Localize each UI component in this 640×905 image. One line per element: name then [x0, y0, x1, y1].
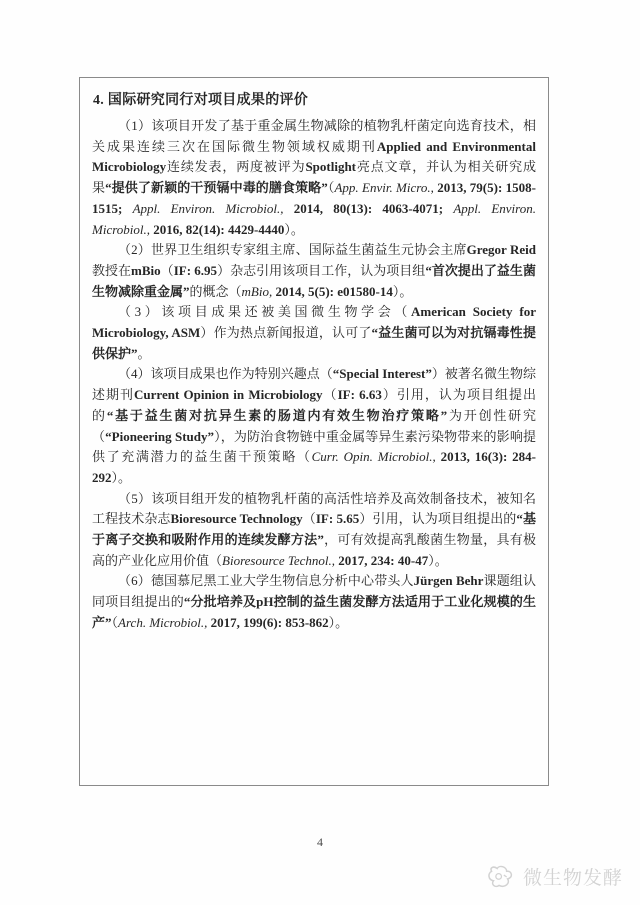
document-page: 4. 国际研究同行对项目成果的评价 （1）该项目开发了基于重金属生物减除的植物乳…: [0, 0, 640, 905]
paragraph: （1）该项目开发了基于重金属生物减除的植物乳杆菌定向选育技术，相关成果连续三次在…: [92, 116, 536, 240]
text-run: 2017, 234: 40-47: [338, 553, 428, 568]
text-run: “基于益生菌对抗异生素的肠道内有效生物治疗策略”: [107, 408, 447, 423]
text-run: 教授在: [92, 263, 131, 278]
paragraph: （5）该项目组开发的植物乳杆菌的高活性培养及高效制备技术，被知名工程技术杂志Bi…: [92, 489, 536, 572]
paragraph: （6）德国慕尼黑工业大学生物信息分析中心带头人Jürgen Behr课题组认同项…: [92, 571, 536, 633]
text-run: 2014, 80(13): 4063-4071;: [294, 201, 454, 216]
text-run: 连续发表，两度被评为: [166, 159, 305, 174]
text-run: （: [323, 387, 338, 402]
paragraph: （4）该项目成果也作为特别兴趣点（“Special Interest”）被著名微…: [92, 364, 536, 488]
text-run: App. Envir. Micro.,: [334, 180, 437, 195]
microbe-logo-icon: [485, 861, 517, 891]
text-run: Gregor Reid: [467, 242, 536, 257]
text-run: Current Opinion in Microbiology: [134, 387, 323, 402]
text-run: Spotlight: [305, 159, 356, 174]
paragraph: （3）该项目成果还被美国微生物学会（American Society for M…: [92, 302, 536, 364]
text-run: Appl. Environ. Microbiol.,: [133, 201, 294, 216]
text-run: IF: 5.65: [316, 511, 359, 526]
text-run: “提供了新颖的干预镉中毒的膳食策略”: [105, 180, 328, 195]
text-run: ）引用，认为项目组提出的: [359, 511, 516, 526]
paragraph: （2）世界卫生组织专家组主席、国际益生菌益生元协会主席Gregor Reid教授…: [92, 240, 536, 302]
text-run: “Pioneering Study”: [105, 429, 214, 444]
text-run: ）。: [428, 553, 448, 568]
text-run: IF: 6.63: [338, 387, 382, 402]
text-run: “Special Interest”: [333, 366, 432, 381]
text-run: Arch. Microbiol.,: [118, 615, 211, 630]
text-run: 2014, 5(5): e01580-14: [275, 284, 392, 299]
evaluation-section-box: 4. 国际研究同行对项目成果的评价 （1）该项目开发了基于重金属生物减除的植物乳…: [79, 77, 549, 786]
text-run: （3）该项目成果还被美国微生物学会（: [118, 304, 411, 319]
text-run: ）。: [329, 615, 349, 630]
text-run: ）。: [112, 470, 132, 485]
text-run: （6）德国慕尼黑工业大学生物信息分析中心带头人: [118, 573, 414, 588]
text-run: Bioresource Technology: [171, 511, 303, 526]
text-run: （2）世界卫生组织专家组主席、国际益生菌益生元协会主席: [118, 242, 467, 257]
text-run: 2016, 82(14): 4429-4440: [153, 222, 284, 237]
text-run: mBio: [131, 263, 161, 278]
text-run: 的概念（: [190, 284, 242, 299]
text-run: 2017, 199(6): 853-862: [211, 615, 329, 630]
watermark-label: 微生物发酵: [523, 863, 623, 890]
text-run: （: [161, 263, 174, 278]
paragraphs: （1）该项目开发了基于重金属生物减除的植物乳杆菌定向选育技术，相关成果连续三次在…: [92, 116, 536, 634]
text-run: 。: [138, 346, 151, 361]
text-run: Bioresource Technol.,: [222, 553, 338, 568]
watermark: 微生物发酵: [485, 861, 623, 891]
text-run: ）杂志引用该项目工作，认为项目组: [217, 263, 425, 278]
text-run: ）作为热点新闻报道，认可了: [200, 325, 371, 340]
page-number: 4: [0, 835, 640, 850]
text-run: Curr. Opin. Microbiol.,: [312, 449, 441, 464]
text-run: IF: 6.95: [174, 263, 217, 278]
section-title: 4. 国际研究同行对项目成果的评价: [93, 89, 536, 109]
text-run: （4）该项目成果也作为特别兴趣点（: [118, 366, 333, 381]
text-run: ）。: [284, 222, 304, 237]
text-run: （: [303, 511, 316, 526]
text-run: mBio,: [242, 284, 276, 299]
text-run: ）。: [393, 284, 413, 299]
text-run: Jürgen Behr: [414, 573, 484, 588]
